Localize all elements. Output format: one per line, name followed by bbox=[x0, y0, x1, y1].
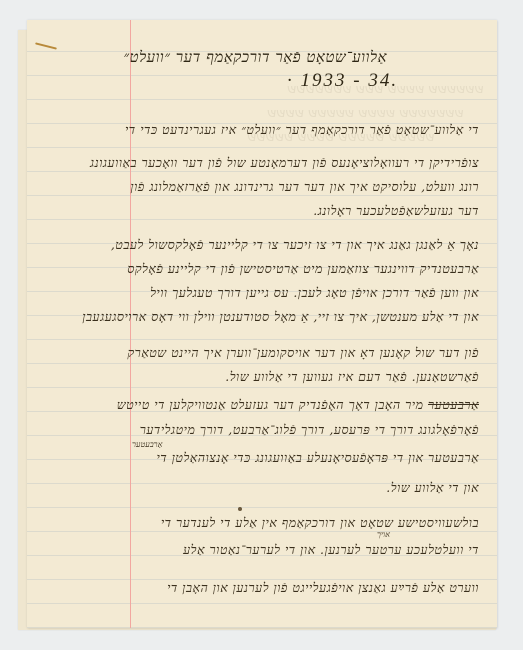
body-line-2: צופֿרידיקן די רעוואָלוציאָנעס פֿון דערמא… bbox=[90, 155, 479, 171]
bleed-through-text: שששש ששששש שששש ששששששש bbox=[267, 106, 464, 121]
body-line-13: אַרבעטער און די פּראָפֿעסיאָנעלע באַוועג… bbox=[157, 450, 480, 466]
body-line-5: נאָך אַ לאַנגן גאַנג איך און די צו זיכער… bbox=[111, 237, 479, 253]
scan-background: ששששששש ששש שששש שששששש שששש ששששש שששש … bbox=[0, 0, 523, 650]
body-line-15: בולשעוויסטישע שטאָט און דורכקאַמף אין אַ… bbox=[161, 515, 479, 531]
letter-title: אַלווע־שטאָט פֿאַר דורכקאַמף דער ״וועלט״ bbox=[123, 48, 387, 67]
body-line-10: פֿאַרשטאַנען. פֿאַר דעם איז געווען די אַ… bbox=[225, 369, 479, 385]
body-line-9: פֿון דער שול קאָנען דאָ און דער אויסקומע… bbox=[127, 345, 479, 361]
body-line-3: רונג וועלט, עלוסיקט איך און דער דער גרינ… bbox=[130, 179, 479, 195]
body-line-11: אַרבעטער מיר האָבן דאָך האָפֿנדיק דער גע… bbox=[117, 397, 479, 413]
ink-blot bbox=[238, 507, 242, 511]
interlinear-note: אַרבעטער bbox=[132, 440, 162, 449]
struck-word: אַרבעטער bbox=[428, 397, 479, 412]
superscript-note: אויך bbox=[377, 530, 390, 539]
body-line-7: און ווען פֿאַר דורכן אויפֿן טאָג לעבן. ע… bbox=[150, 285, 479, 301]
pencil-mark bbox=[35, 42, 57, 49]
body-line-4: דער געזעלשאַפֿטלעכער ראָלונג. bbox=[313, 203, 479, 219]
body-line-17: ווערט אַלע פֿרײַע גאַנצן אויפֿגעלייגט פֿ… bbox=[167, 580, 479, 596]
body-line-6: אַרבעטנדיק דווינגער צוזאַמען מיט אַרטיסט… bbox=[127, 261, 479, 277]
body-line-8: און די אַלע מענטשן, איך צו זיי, אַ מאָל … bbox=[82, 309, 479, 325]
body-line-12: פֿאָרפֿאָלגונג דורך די פּרעסע, דורך פֿלו… bbox=[140, 422, 479, 438]
body-line-16: די וועלטלעכע ערטער לערנען. און די לערער־… bbox=[183, 542, 479, 558]
body-line-1: די אַלווע־שטאָט פֿאַר דורכקאַמף דער ״ווע… bbox=[125, 122, 479, 138]
body-line-14: און די אַלווע שול. bbox=[386, 480, 479, 496]
letter-sheet: ששששששש ששש שששש שששששש שששש ששששש שששש … bbox=[27, 20, 497, 628]
body-line-11-text: מיר האָבן דאָך האָפֿנדיק דער געזעלט אַנט… bbox=[117, 397, 424, 412]
letter-date: · 1933 - 34. bbox=[287, 70, 398, 92]
